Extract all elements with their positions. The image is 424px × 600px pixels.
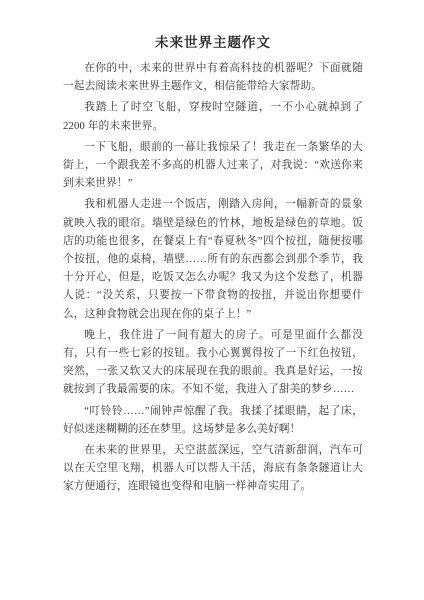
- essay-title: 未来世界主题作文: [63, 34, 363, 51]
- essay-paragraph: 我和机器人走进一个饭店，刚踏入房间，一幅新奇的景象就映入我的眼帘。墙壁是绿色的竹…: [63, 196, 363, 323]
- document-page: 未来世界主题作文 在你的中，未来的世界中有着高科技的机器呢？下面就随一起去阅读未…: [0, 0, 424, 600]
- essay-paragraph: 晚上，我住进了一间有超大的房子。可是里面什么都没有，只有一些七彩的按钮。我小心翼…: [63, 327, 363, 400]
- essay-paragraph: 一下飞船，眼前的一幕让我惊呆了！我走在一条繁华的大街上，一个跟我差不多高的机器人…: [63, 139, 363, 194]
- essay-paragraph: 我踏上了时空飞船，穿梭时空隧道，一不小心就掉到了 2200 年的未来世界。: [63, 99, 363, 135]
- essay-paragraph: 在未来的世界里，天空湛蓝深远，空气清新甜润，汽车可以在天空里飞翔，机器人可以帮人…: [63, 442, 363, 497]
- essay-body: 在你的中，未来的世界中有着高科技的机器呢？下面就随一起去阅读未来世界主题作文，相…: [63, 60, 363, 497]
- essay-paragraph: 在你的中，未来的世界中有着高科技的机器呢？下面就随一起去阅读未来世界主题作文，相…: [63, 60, 363, 96]
- essay-paragraph: “叮铃铃……”闹钟声惊醒了我。我揉了揉眼睛，起了床，好似迷迷糊糊的还在梦里。这场…: [63, 403, 363, 439]
